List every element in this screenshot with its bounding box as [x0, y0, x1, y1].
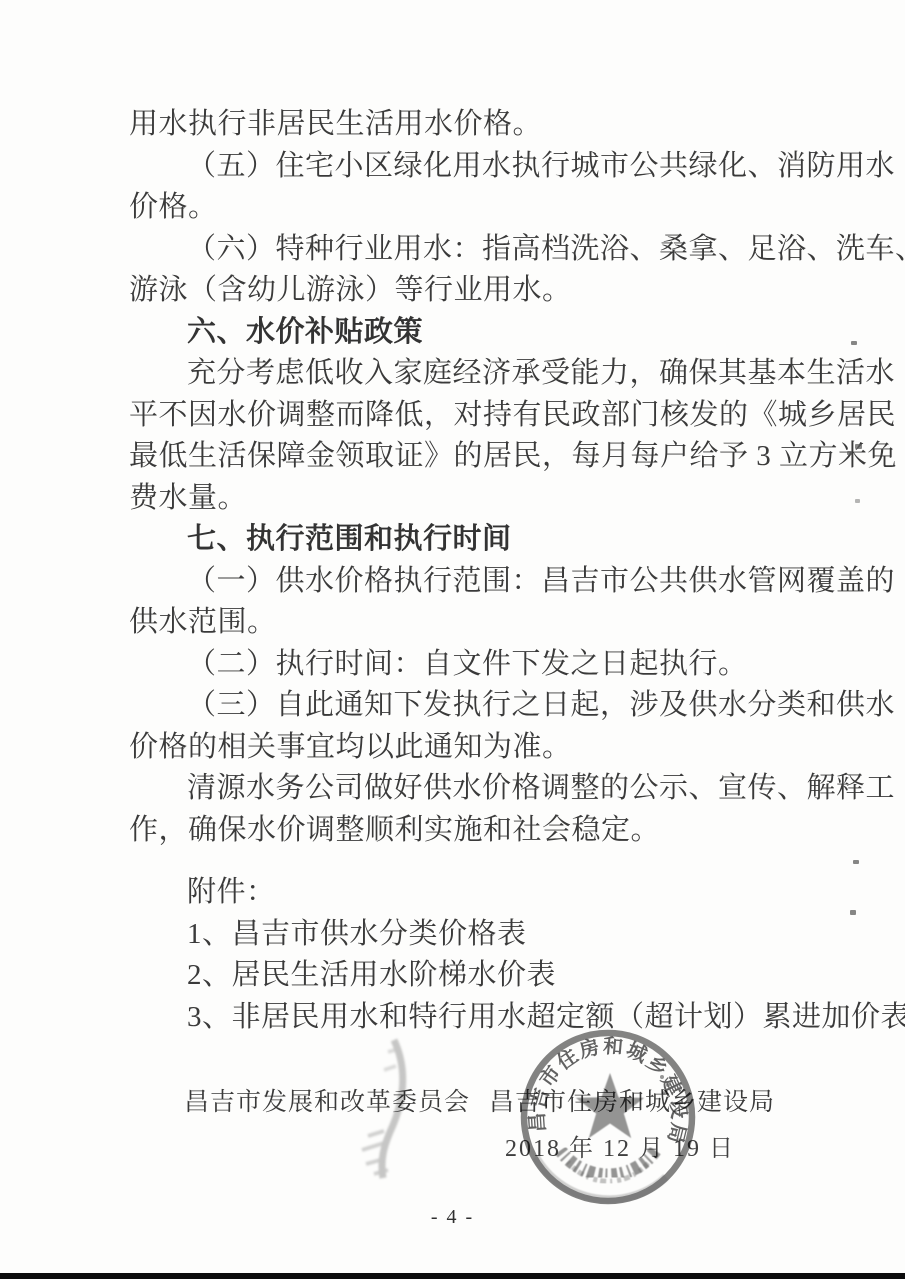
scan-speck — [855, 444, 862, 449]
scan-speck — [851, 341, 857, 345]
scan-speck — [855, 499, 860, 503]
attachment-item: 1、昌吉市供水分类价格表 — [129, 914, 794, 956]
scan-speck — [850, 910, 856, 915]
paragraph-gap — [129, 851, 794, 872]
scan-speck — [847, 451, 852, 455]
text-line: （二）执行时间：自文件下发之日起执行。 — [129, 644, 794, 686]
attachment-item: 2、居民生活用水阶梯水价表 — [129, 955, 794, 997]
text-line: （五）住宅小区绿化用水执行城市公共绿化、消防用水 — [129, 146, 794, 188]
text-line: 供水范围。 — [129, 602, 794, 644]
document-page: 用水执行非居民生活用水价格。 （五）住宅小区绿化用水执行城市公共绿化、消防用水 … — [0, 0, 905, 1279]
section-heading-7: 七、执行范围和执行时间 — [129, 519, 794, 561]
text-line: 价格的相关事宜均以此通知为准。 — [129, 727, 794, 769]
star-icon — [576, 1073, 644, 1138]
text-line: 用水执行非居民生活用水价格。 — [129, 104, 794, 146]
official-stamp-seal: 昌吉市住房和城乡建设局 — [516, 1027, 704, 1211]
text-line: 作，确保水价调整顺利实施和社会稳定。 — [129, 810, 794, 852]
text-line: 平不因水价调整而降低，对持有民政部门核发的《城乡居民 — [129, 395, 794, 437]
text-line: 价格。 — [129, 187, 794, 229]
text-line: （六）特种行业用水：指高档洗浴、桑拿、足浴、洗车、 — [129, 229, 794, 271]
body-text: 用水执行非居民生活用水价格。 （五）住宅小区绿化用水执行城市公共绿化、消防用水 … — [129, 104, 794, 1038]
text-line: （一）供水价格执行范围：昌吉市公共供水管网覆盖的 — [129, 561, 794, 603]
text-line: 最低生活保障金领取证》的居民，每月每户给予 3 立方米免 — [129, 436, 794, 478]
attachments-label: 附件： — [129, 872, 794, 914]
text-line: 充分考虑低收入家庭经济承受能力，确保其基本生活水 — [129, 353, 794, 395]
faint-stamp-mark — [338, 1036, 442, 1188]
scan-edge-bar — [0, 1273, 905, 1279]
section-heading-6: 六、水价补贴政策 — [129, 312, 794, 354]
text-line: （三）自此通知下发执行之日起，涉及供水分类和供水 — [129, 685, 794, 727]
text-line: 清源水务公司做好供水价格调整的公示、宣传、解释工 — [129, 768, 794, 810]
text-line: 游泳（含幼儿游泳）等行业用水。 — [129, 270, 794, 312]
text-line: 费水量。 — [129, 478, 794, 520]
scan-speck — [853, 860, 859, 864]
page-number: - 4 - — [0, 1206, 905, 1229]
